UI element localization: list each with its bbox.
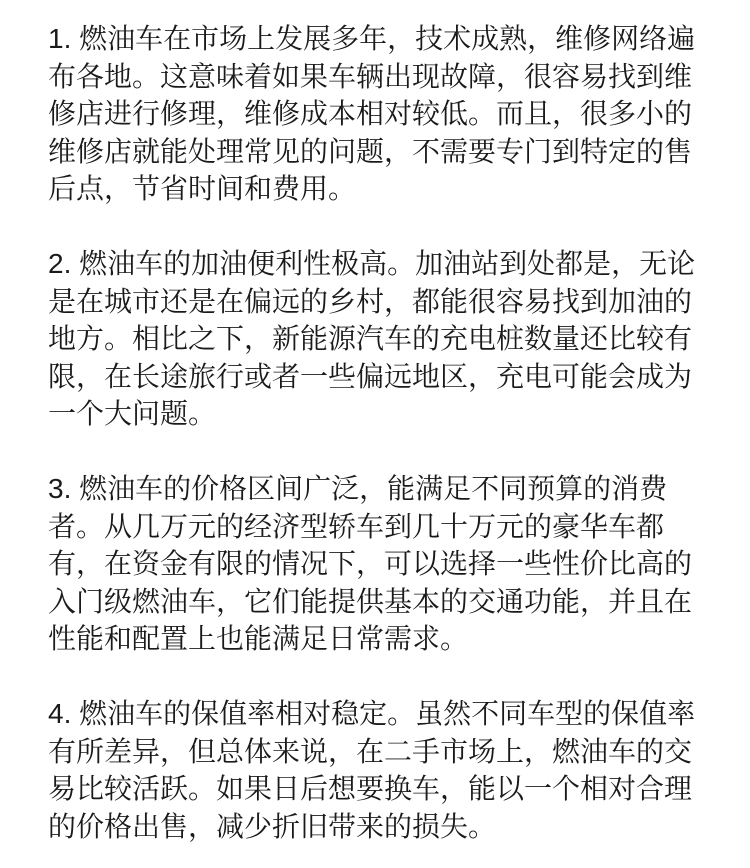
numbered-paragraph-3: 3. 燃油车的价格区间广泛，能满足不同预算的消费者。从几万元的经济型轿车到几十万… xyxy=(48,470,710,658)
document-page: 1. 燃油车在市场上发展多年，技术成熟，维修网络遍布各地。这意味着如果车辆出现故… xyxy=(0,0,750,868)
numbered-paragraph-4: 4. 燃油车的保值率相对稳定。虽然不同车型的保值率有所差异，但总体来说，在二手市… xyxy=(48,695,710,845)
article-body: 1. 燃油车在市场上发展多年，技术成熟，维修网络遍布各地。这意味着如果车辆出现故… xyxy=(48,20,710,845)
numbered-paragraph-1: 1. 燃油车在市场上发展多年，技术成熟，维修网络遍布各地。这意味着如果车辆出现故… xyxy=(48,20,710,208)
numbered-paragraph-2: 2. 燃油车的加油便利性极高。加油站到处都是，无论是在城市还是在偏远的乡村，都能… xyxy=(48,245,710,433)
